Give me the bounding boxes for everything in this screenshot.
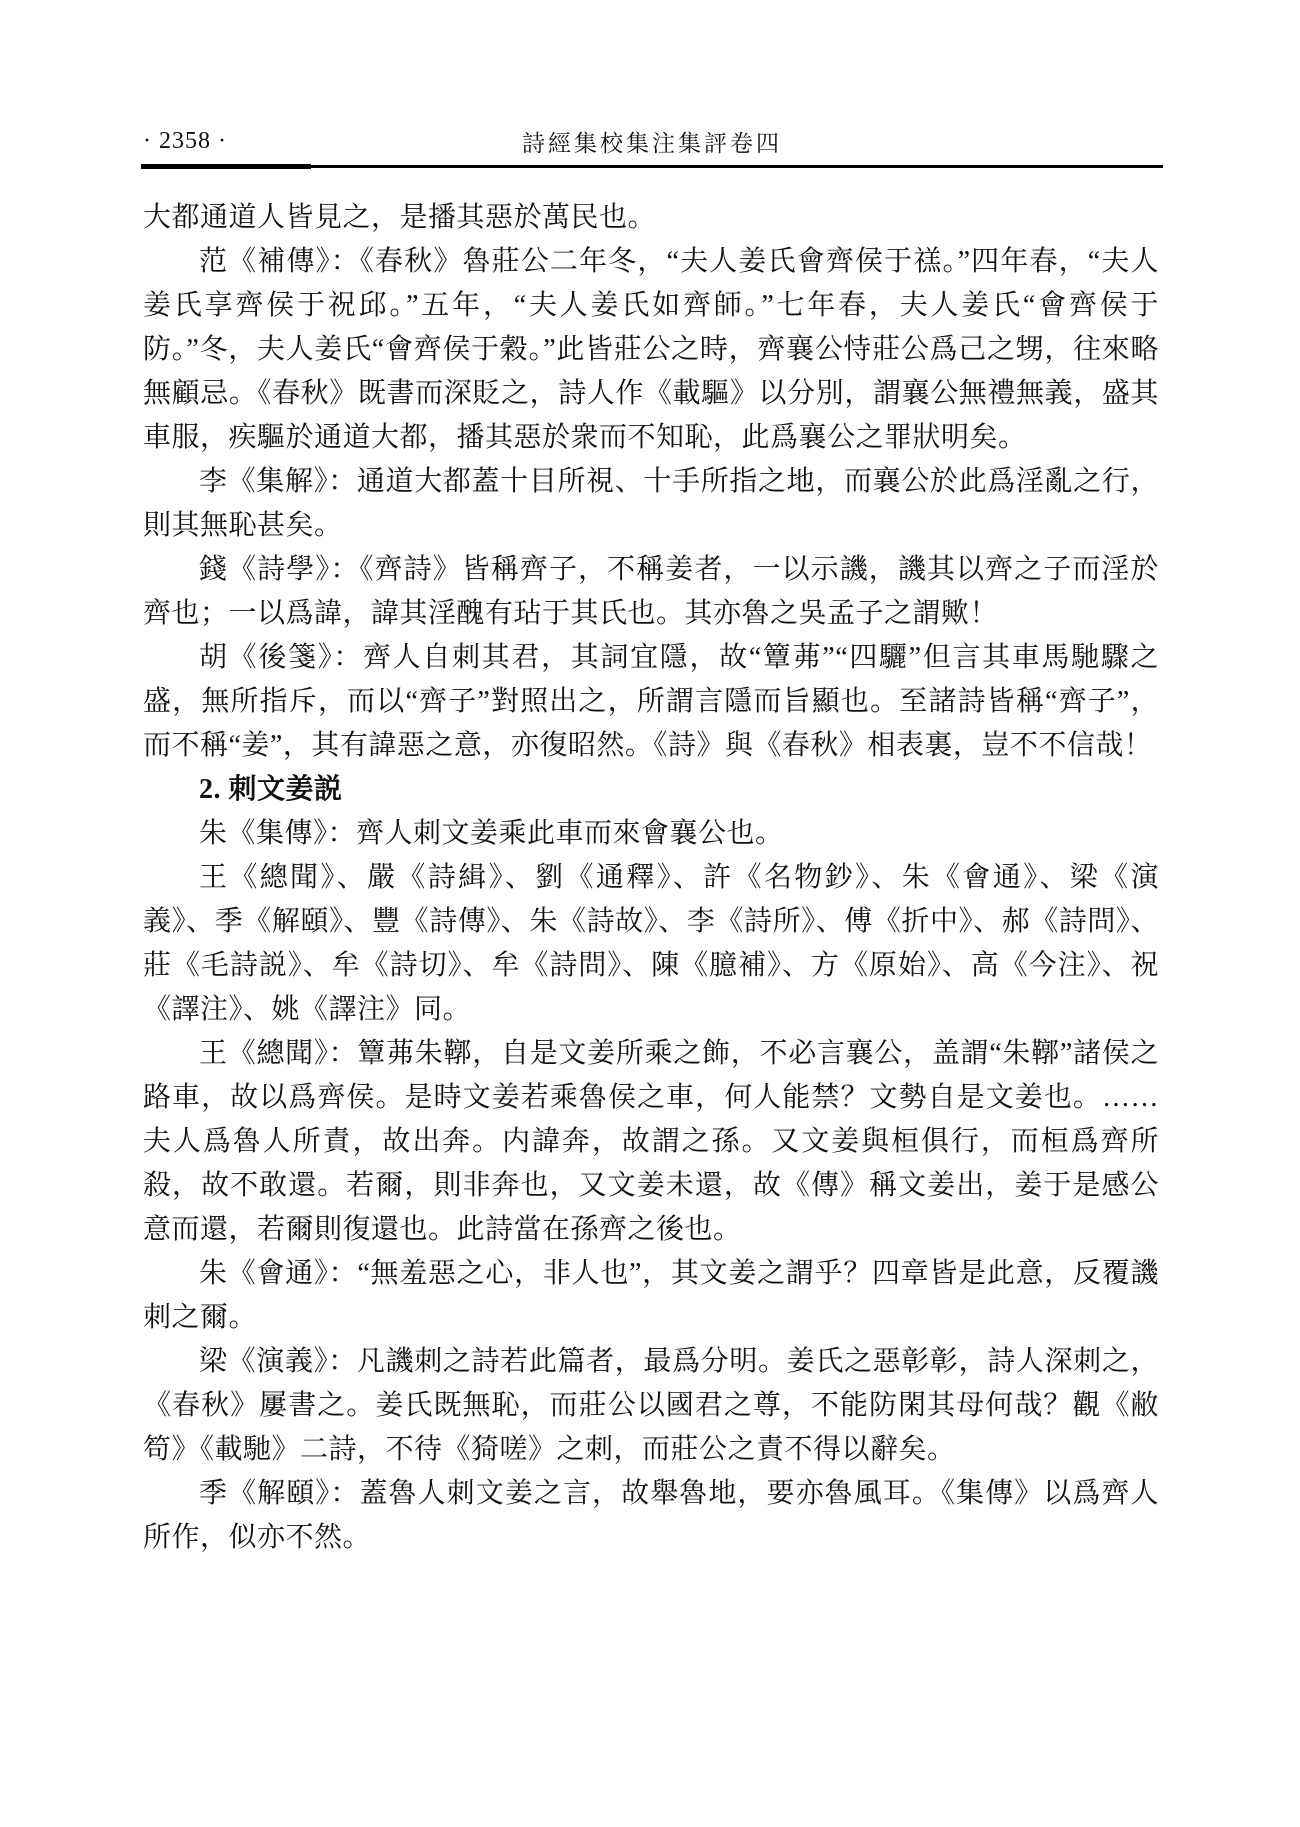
paragraph: 大都通道人皆見之，是播其惡於萬民也。 bbox=[143, 196, 1159, 240]
running-title: 詩經集校集注集評卷四 bbox=[143, 125, 1161, 158]
paragraph: 范《補傳》：《春秋》魯莊公二年冬，“夫人姜氏會齊侯于禚。”四年春，“夫人姜氏享齊… bbox=[143, 240, 1159, 460]
text-column: 大都通道人皆見之，是播其惡於萬民也。范《補傳》：《春秋》魯莊公二年冬，“夫人姜氏… bbox=[143, 196, 1159, 1560]
paragraph: 錢《詩學》：《齊詩》皆稱齊子，不稱姜者，一以示譏，譏其以齊之子而淫於齊也；一以爲… bbox=[143, 548, 1159, 636]
page-header: · 2358 · 詩經集校集注集評卷四 bbox=[143, 124, 1161, 158]
book-page: · 2358 · 詩經集校集注集評卷四 大都通道人皆見之，是播其惡於萬民也。范《… bbox=[0, 0, 1300, 1827]
paragraph: 王《總聞》：簟茀朱鞹，自是文姜所乘之飾，不必言襄公，盖謂“朱鞹”諸侯之路車，故以… bbox=[143, 1032, 1159, 1252]
header-rule bbox=[141, 165, 1163, 168]
paragraph: 季《解頤》：蓋魯人刺文姜之言，故舉魯地，要亦魯風耳。《集傳》以爲齊人所作，似亦不… bbox=[143, 1472, 1159, 1560]
paragraph: 朱《會通》：“無羞惡之心，非人也”，其文姜之謂乎？四章皆是此意，反覆譏刺之爾。 bbox=[143, 1252, 1159, 1340]
paragraph: 朱《集傳》：齊人刺文姜乘此車而來會襄公也。 bbox=[143, 812, 1159, 856]
paragraph: 胡《後箋》：齊人自刺其君，其詞宜隱，故“簟茀”“四驪”但言其車馬馳驟之盛，無所指… bbox=[143, 636, 1159, 768]
paragraph: 李《集解》：通道大都蓋十目所視、十手所指之地，而襄公於此爲淫亂之行，則其無恥甚矣… bbox=[143, 460, 1159, 548]
paragraph: 梁《演義》：凡譏刺之詩若此篇者，最爲分明。姜氏之惡彰彰，詩人深刺之，《春秋》屢書… bbox=[143, 1340, 1159, 1472]
section-heading: 2. 刺文姜説 bbox=[143, 768, 1159, 812]
paragraph: 王《總聞》、嚴《詩緝》、劉《通釋》、許《名物鈔》、朱《會通》、梁《演義》、季《解… bbox=[143, 856, 1159, 1032]
